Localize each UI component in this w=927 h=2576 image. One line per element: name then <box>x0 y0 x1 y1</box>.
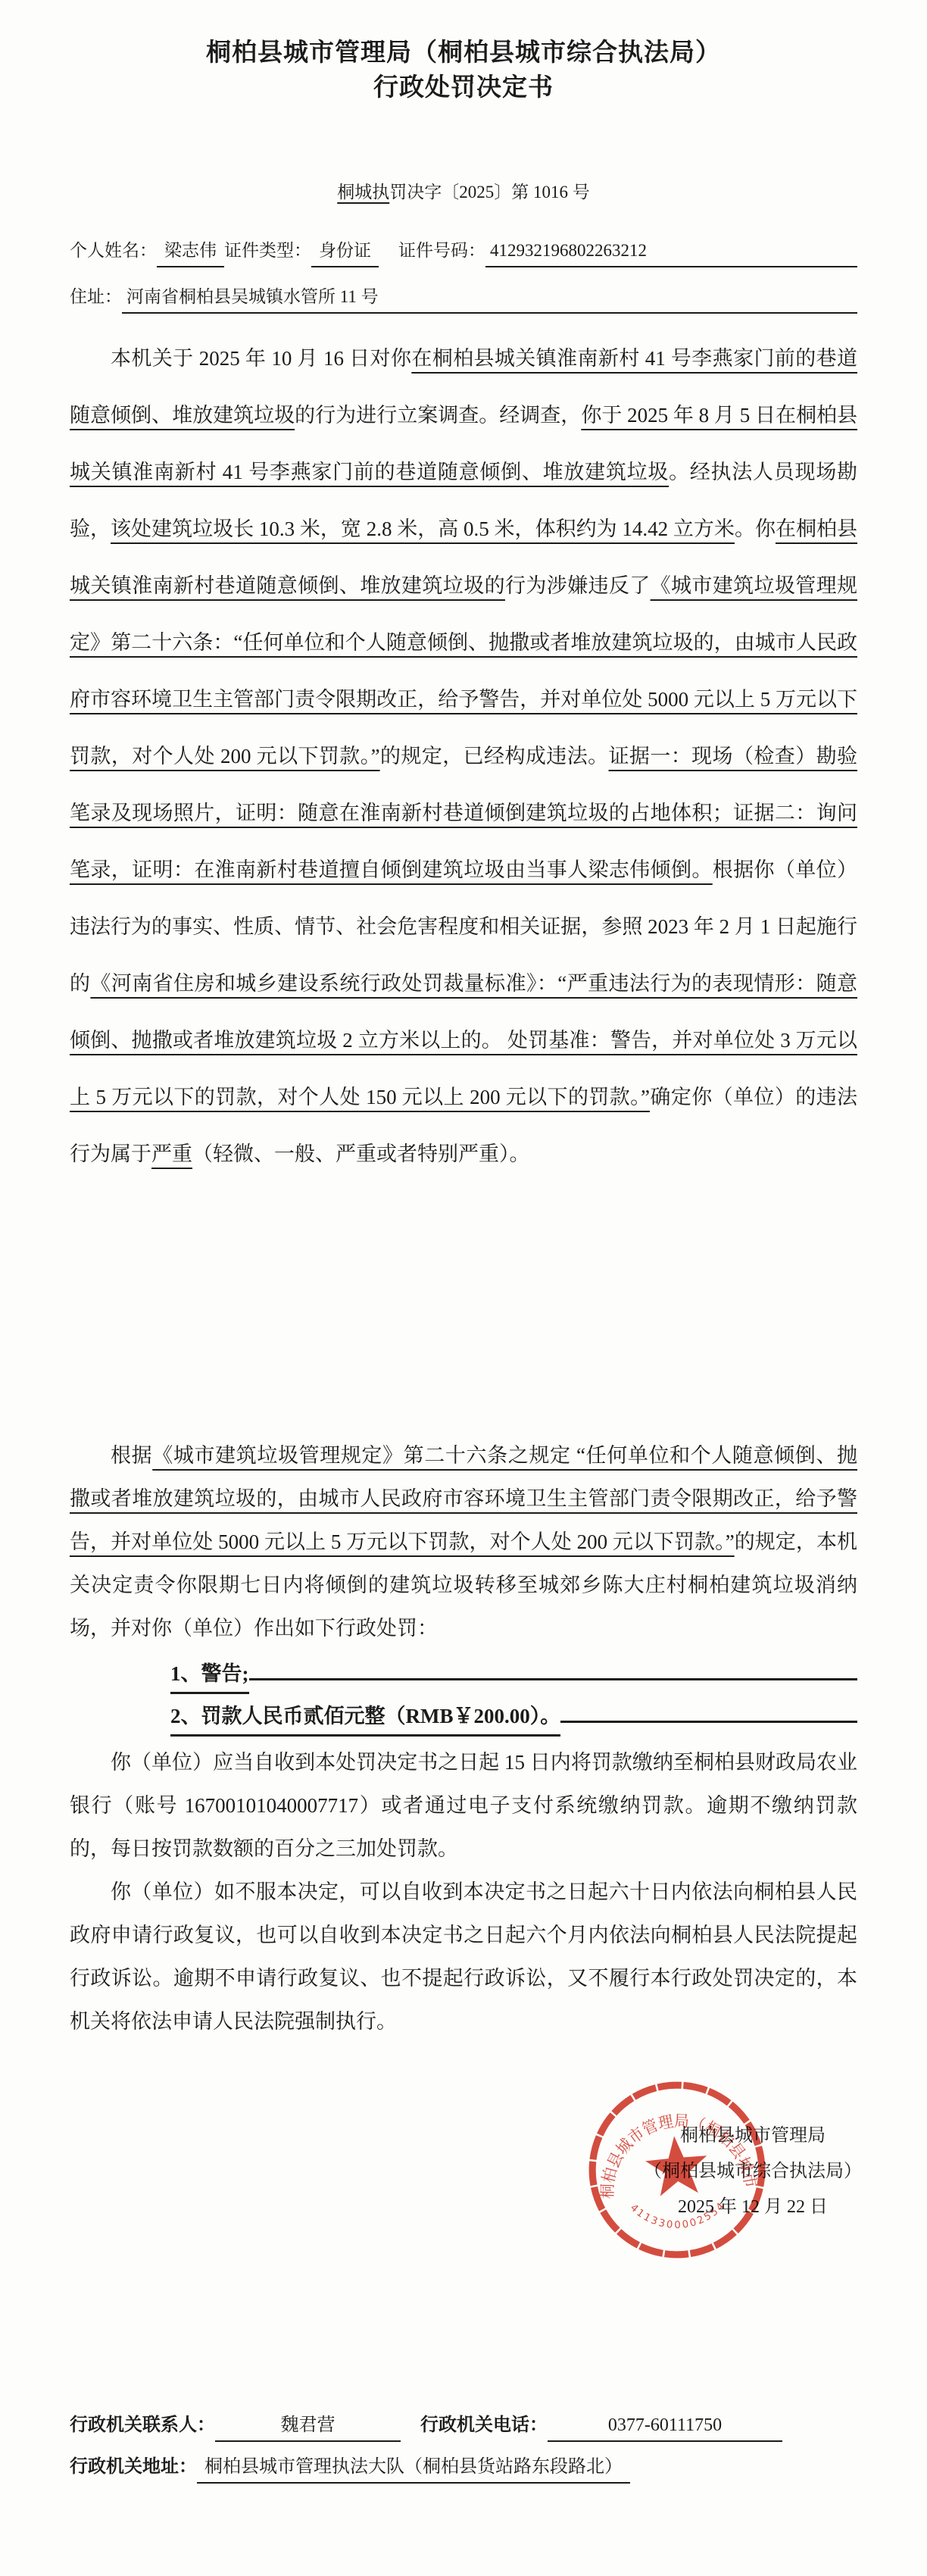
footer-line2: 行政机关地址：桐柏县城市管理执法大队（桐柏县货站路东段路北） <box>70 2454 857 2484</box>
svg-text:4113300002554: 4113300002554 <box>627 2194 729 2236</box>
name-value: 梁志伟 <box>157 238 224 267</box>
agency-contact-label: 行政机关联系人： <box>70 2412 215 2438</box>
document-number: 桐城执罚决字〔2025〕第 1016 号 <box>70 180 857 205</box>
agency-phone-value: 0377-60111750 <box>548 2412 782 2442</box>
id-no-label: 证件号码： <box>398 238 485 264</box>
id-type-label: 证件类型： <box>224 238 311 264</box>
penalty-item-1-text: 1、警告; <box>170 1657 249 1694</box>
seal-number: 4113300002554 <box>627 2194 729 2236</box>
footer-line1: 行政机关联系人：魏君营行政机关电话：0377-60111750 <box>70 2412 857 2442</box>
agency-contact-footer: 行政机关联系人：魏君营行政机关电话：0377-60111750 行政机关地址：桐… <box>0 2412 927 2496</box>
name-label: 个人姓名： <box>70 238 157 264</box>
facts-paragraph: 本机关于 2025 年 10 月 16 日对你在桐柏县城关镇淮南新村 41 号李… <box>70 330 857 1183</box>
party-info: 个人姓名：梁志伟证件类型：身份证证件号码：412932196802263212 … <box>70 238 857 314</box>
agency-contact-value: 魏君营 <box>215 2412 401 2442</box>
document-title: 桐柏县城市管理局（桐柏县城市综合执法局） 行政处罚决定书 <box>70 35 857 105</box>
penalty-item-2-rule <box>560 1693 857 1723</box>
address-label: 住址： <box>70 284 122 310</box>
party-info-line1: 个人姓名：梁志伟证件类型：身份证证件号码：412932196802263212 <box>70 238 857 267</box>
decision-basis-paragraph: 根据《城市建筑垃圾管理规定》第二十六条之规定 “任何单位和个人随意倾倒、抛撒或者… <box>70 1434 857 1650</box>
penalty-item-1: 1、警告; <box>170 1650 857 1693</box>
agency-address-label: 行政机关地址： <box>70 2454 197 2480</box>
penalty-item-1-rule <box>249 1650 858 1680</box>
party-info-line2: 住址：河南省桐柏县吴城镇水管所 11 号 <box>70 284 857 314</box>
star-icon <box>644 2134 710 2197</box>
penalty-item-2-text: 2、罚款人民币贰佰元整（RMB￥200.00）。 <box>170 1699 560 1737</box>
agency-address-value: 桐柏县城市管理执法大队（桐柏县货站路东段路北） <box>197 2454 630 2484</box>
appeal-rights-paragraph: 你（单位）如不服本决定，可以自收到本决定书之日起六十日内依法向桐柏县人民政府申请… <box>70 1871 857 2043</box>
document-title-line1: 桐柏县城市管理局（桐柏县城市综合执法局） <box>70 35 857 70</box>
official-seal: 桐柏县城市管理局（桐柏县城市综合执法局） 4113300002554 <box>577 2070 777 2270</box>
penalty-decision-document: 桐柏县城市管理局（桐柏县城市综合执法局） 行政处罚决定书 桐城执罚决字〔2025… <box>0 0 927 2576</box>
id-type-value: 身份证 <box>311 238 379 267</box>
penalty-item-2: 2、罚款人民币贰佰元整（RMB￥200.00）。 <box>170 1693 857 1735</box>
signature-block: 桐柏县城市管理局 （桐柏县城市综合执法局） 2025 年 12 月 22 日 <box>0 2118 927 2225</box>
id-no-value: 412932196802263212 <box>485 238 857 267</box>
agency-phone-label: 行政机关电话： <box>420 2412 548 2438</box>
payment-paragraph: 你（单位）应当自收到本处罚决定书之日起 15 日内将罚款缴纳至桐柏县财政局农业银… <box>70 1741 857 1871</box>
document-title-line2: 行政处罚决定书 <box>70 70 857 105</box>
address-value: 河南省桐柏县吴城镇水管所 11 号 <box>122 284 857 314</box>
